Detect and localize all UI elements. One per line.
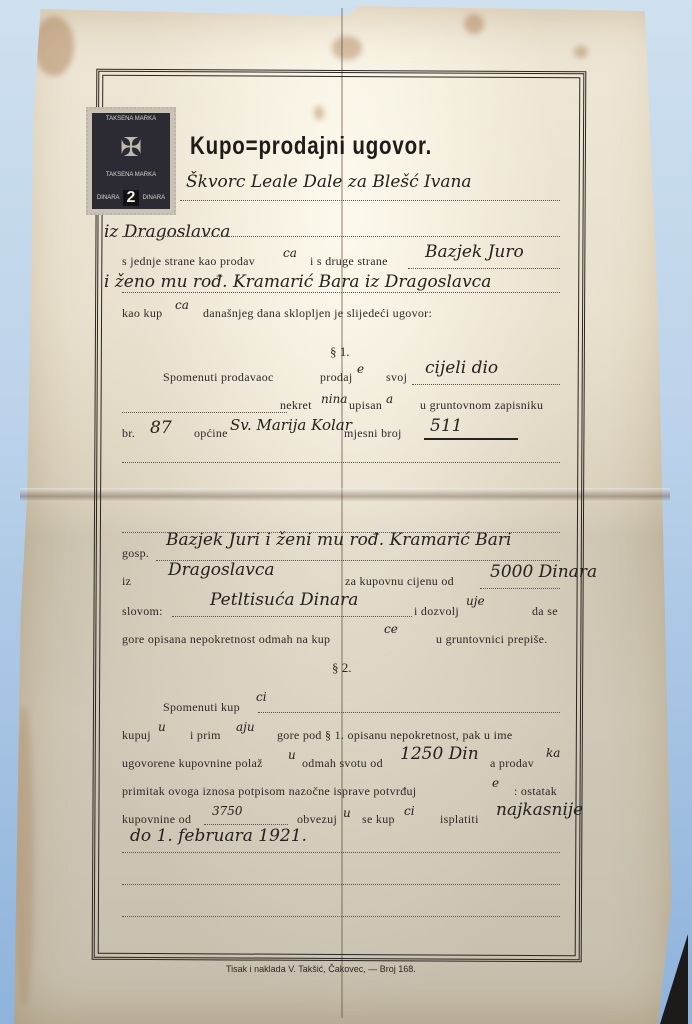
document-title: Kupo=prodajni ugovor.	[190, 132, 432, 161]
stain	[332, 36, 362, 60]
printed-agreed: ugovorene kupovnine polaž	[122, 756, 263, 771]
underline-stroke	[424, 438, 518, 440]
printed-pay: isplatiti	[440, 812, 479, 827]
printed-immovable: nekret	[280, 398, 312, 413]
handwritten-in-words: Petltisuća Dinara	[210, 590, 358, 610]
printed-buyer: kao kup	[122, 306, 162, 321]
handwritten-municipality: Sv. Marija Kolar	[230, 416, 352, 434]
printed-own: svoj	[386, 370, 407, 385]
printed-local-no: mjesni broj	[344, 426, 402, 441]
handwritten-from: Dragoslavca	[168, 560, 275, 580]
dotted-line	[480, 588, 560, 589]
printed-sum: odmah svotu od	[302, 756, 383, 771]
printed-price: za kupovnu cijenu od	[345, 574, 454, 589]
printed-transfer-end: u gruntovnici prepiše.	[436, 632, 548, 647]
handwritten-property: cijeli dio	[425, 358, 498, 378]
dotted-line	[122, 462, 560, 463]
dotted-line	[172, 616, 412, 617]
handwritten-immovable-suffix: nina	[321, 392, 347, 406]
dotted-line	[258, 712, 560, 713]
stamp-bottom-label: TAKSENA MARKA	[106, 172, 156, 178]
handwritten-line-3: i ženo mu rođ. Kramarić Bara iz Dragosla…	[104, 272, 491, 292]
printed-remainder: : ostatak	[514, 784, 557, 799]
printed-self-buyer: se kup	[362, 812, 395, 827]
printed-registered: upisan	[349, 398, 382, 413]
double-headed-eagle-icon: ✠	[120, 134, 142, 160]
stain	[34, 16, 74, 76]
printed-seller-s1: Spomenuti prodavaoc	[163, 370, 274, 385]
printed-mr: gosp.	[122, 546, 149, 561]
handwritten-buyer: Bazjek Juri i ženi mu rođ. Kramarić Bari	[166, 530, 511, 550]
revenue-stamp: TAKSENA MARKA ✠ TAKSENA MARKA DINARA 2 D…	[86, 107, 176, 215]
stamp-value: 2	[123, 190, 140, 206]
stamp-unit-left: DINARA	[97, 195, 120, 201]
dotted-line	[180, 200, 560, 201]
handwritten-buyer-suffix: ca	[175, 298, 189, 312]
printed-other-side: i s druge strane	[310, 254, 388, 269]
handwritten-buys-suffix: u	[158, 720, 166, 734]
stain	[464, 14, 484, 34]
stain	[574, 46, 588, 58]
printed-seller: s jednje strane kao prodav	[122, 254, 255, 269]
handwritten-accepts-suffix: aju	[236, 720, 255, 734]
printed-and-seller: a prodav	[490, 756, 534, 771]
dotted-line	[122, 852, 560, 853]
handwritten-sells-suffix: e	[357, 362, 364, 376]
stain	[14, 706, 34, 1006]
handwritten-permit-suffix: uje	[466, 594, 485, 608]
printed-agreement: današnjeg dana sklopljen je slijedeći ug…	[203, 306, 432, 321]
dotted-line	[122, 916, 560, 917]
handwritten-transfer-suffix: ce	[384, 622, 398, 636]
section-1-heading: § 1.	[330, 344, 350, 360]
printer-imprint: Tisak i naklada V. Takšić, Čakovec, — Br…	[226, 964, 416, 974]
printed-land-registry: u gruntovnom zapisniku	[420, 398, 543, 413]
dotted-line	[122, 412, 287, 413]
printed-buyer-s2: Spomenuti kup	[163, 700, 240, 715]
printed-from: iz	[122, 574, 131, 589]
printed-no: br.	[122, 426, 135, 441]
printed-oblige: obvezuj	[297, 812, 337, 827]
handwritten-oblige-suffix: u	[343, 806, 351, 820]
dotted-line	[204, 824, 288, 825]
stamp-unit-right: DINARA	[142, 195, 165, 201]
handwritten-price: 5000 Dinara	[490, 562, 597, 582]
handwritten-sum: 1250 Din	[400, 744, 479, 764]
handwritten-pay: najkasnije	[496, 800, 583, 820]
printed-that: da se	[532, 604, 558, 619]
handwritten-buyer-name: Bazjek Juro	[425, 242, 524, 262]
handwritten-local-no: 511	[430, 416, 462, 436]
dotted-line	[408, 268, 560, 269]
handwritten-receipt-suffix: e	[492, 776, 499, 790]
handwritten-line-1: Škvorc Leale Dale za Blešć Ivana	[186, 172, 472, 192]
printed-purchase-from: kupovnine od	[122, 812, 191, 827]
handwritten-date: do 1. februara 1921.	[130, 826, 307, 846]
handwritten-buyer-suffix-s2: ci	[256, 690, 267, 704]
printed-line2: gore pod § 1. opisanu nepokretnost, pak …	[277, 728, 512, 743]
section-2-heading: § 2.	[332, 660, 352, 676]
printed-accepts: i prim	[190, 728, 221, 743]
printed-municipality: općine	[194, 426, 228, 441]
dotted-line	[122, 236, 560, 237]
dotted-line	[122, 292, 560, 293]
handwritten-no: 87	[150, 418, 172, 438]
handwritten-self-buyer-suffix: ci	[404, 804, 415, 818]
handwritten-seller-suffix-s2: ka	[546, 746, 560, 760]
printed-sells: prodaj	[320, 370, 352, 385]
printed-receipt: primitak ovoga iznosa potpisom nazočne i…	[122, 784, 416, 799]
printed-buys: kupuj	[122, 728, 151, 743]
printed-permit: i dozvolj	[414, 604, 459, 619]
handwritten-seller-suffix: ca	[283, 246, 297, 260]
printed-transfer: gore opisana nepokretnost odmah na kup	[122, 632, 330, 647]
handwritten-registered-suffix: a	[386, 392, 393, 406]
printed-in-words: slovom:	[122, 604, 163, 619]
handwritten-agreed-suffix: u	[288, 748, 296, 762]
dotted-line	[122, 884, 560, 885]
handwritten-line-2: iz Dragoslavca	[104, 222, 230, 242]
handwritten-remainder: 3750	[212, 804, 243, 818]
stamp-top-label: TAKSENA MARKA	[106, 116, 156, 122]
dotted-line	[412, 384, 560, 385]
